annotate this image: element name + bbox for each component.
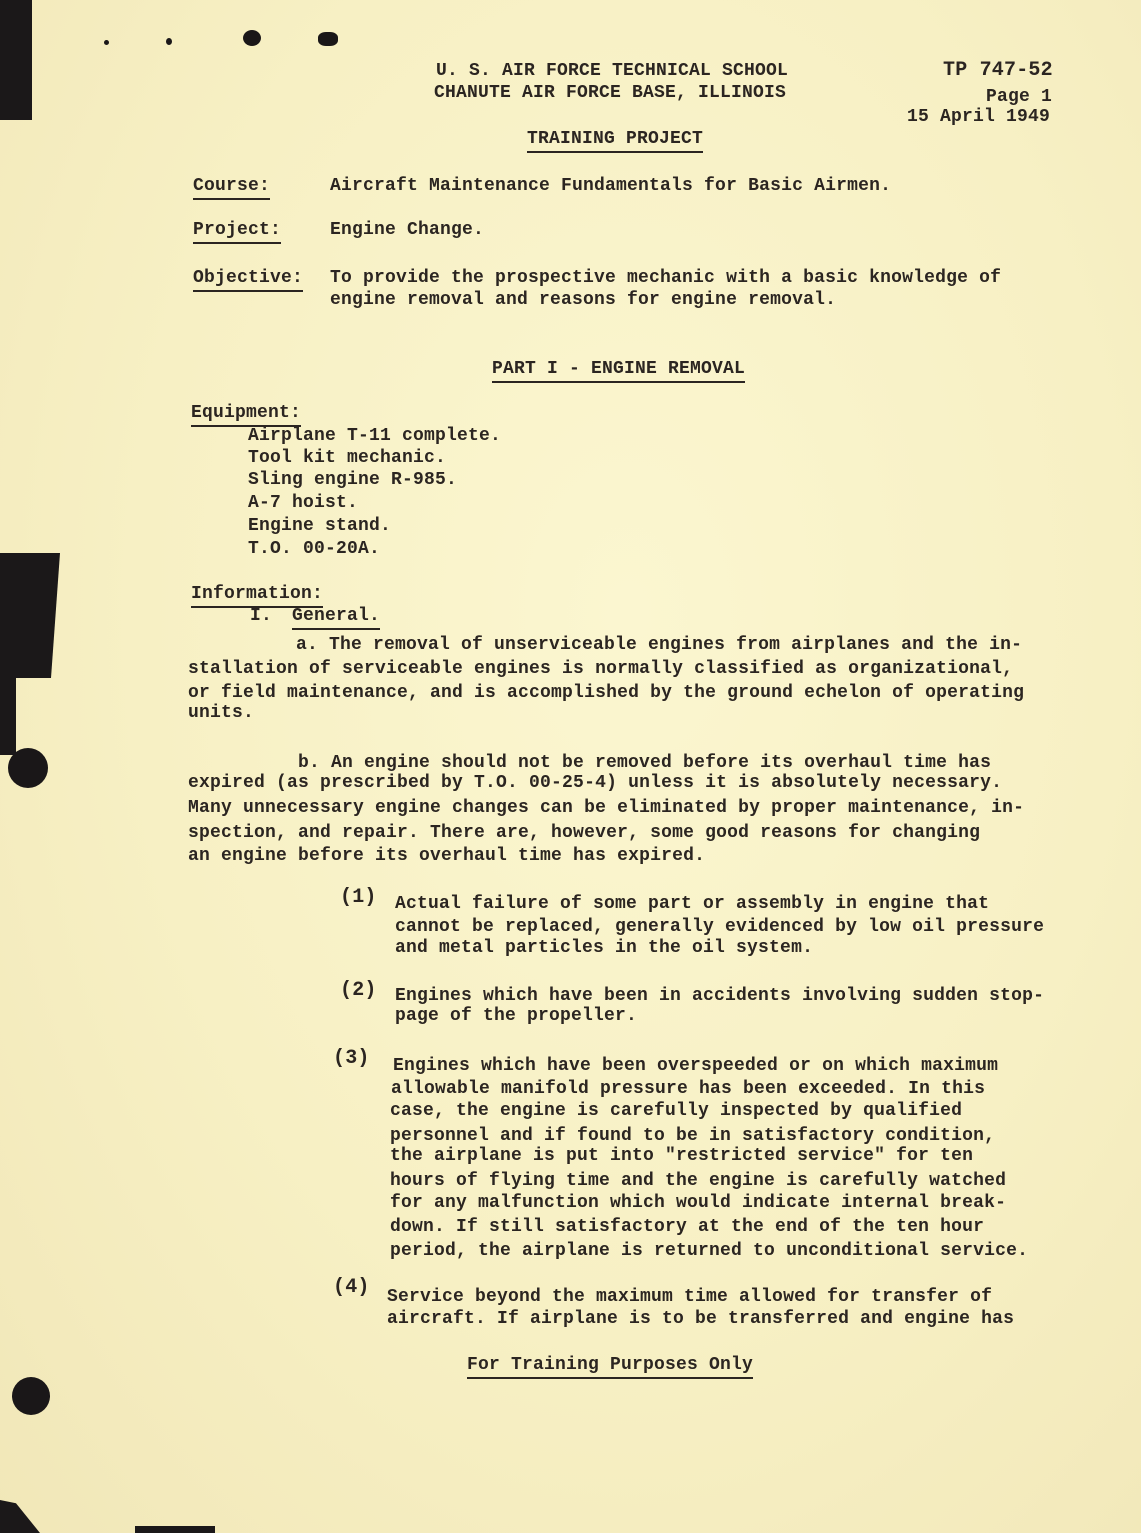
objective-label: Objective: bbox=[193, 267, 303, 292]
document-date: 15 April 1949 bbox=[907, 106, 1050, 128]
objective-line-1: To provide the prospective mechanic with… bbox=[330, 267, 1001, 289]
course-value: Aircraft Maintenance Fundamentals for Ba… bbox=[330, 175, 891, 197]
reason-line: aircraft. If airplane is to be transferr… bbox=[387, 1308, 1014, 1330]
part-title: PART I - ENGINE REMOVAL bbox=[492, 358, 745, 383]
doc-number: TP 747-52 bbox=[943, 60, 1053, 82]
reason-number: (1) bbox=[340, 887, 377, 909]
reason-line: down. If still satisfactory at the end o… bbox=[390, 1216, 984, 1238]
reason-line: case, the engine is carefully inspected … bbox=[390, 1100, 962, 1122]
section-title: General. bbox=[292, 605, 380, 630]
reason-line: the airplane is put into "restricted ser… bbox=[390, 1145, 973, 1167]
reason-line: hours of flying time and the engine is c… bbox=[390, 1170, 1006, 1192]
equipment-label: Equipment: bbox=[191, 402, 301, 427]
reason-line: Engines which have been in accidents inv… bbox=[395, 985, 1044, 1007]
reason-number: (2) bbox=[340, 980, 377, 1002]
footer-notice: For Training Purposes Only bbox=[467, 1354, 753, 1379]
para-b-line: Many unnecessary engine changes can be e… bbox=[188, 797, 1024, 819]
reason-line: and metal particles in the oil system. bbox=[395, 937, 813, 959]
reason-line: cannot be replaced, generally evidenced … bbox=[395, 916, 1044, 938]
punched-hole-small-1 bbox=[104, 40, 109, 45]
equipment-item: Tool kit mechanic. bbox=[248, 447, 446, 469]
punched-hole-4 bbox=[318, 32, 338, 46]
reason-line: page of the propeller. bbox=[395, 1005, 637, 1027]
para-b-line: an engine before its overhaul time has e… bbox=[188, 845, 705, 867]
page-number: Page 1 bbox=[986, 86, 1052, 108]
para-a-line: a. The removal of unserviceable engines … bbox=[296, 634, 1022, 656]
org-line-2: CHANUTE AIR FORCE BASE, ILLINOIS bbox=[434, 82, 786, 104]
para-a-line: stallation of serviceable engines is nor… bbox=[188, 658, 1013, 680]
reason-line: Service beyond the maximum time allowed … bbox=[387, 1286, 992, 1308]
para-b-line: spection, and repair. There are, however… bbox=[188, 822, 980, 844]
punched-hole-mid-left bbox=[8, 748, 48, 788]
para-b-line: expired (as prescribed by T.O. 00-25-4) … bbox=[188, 772, 1002, 794]
equipment-item: Sling engine R-985. bbox=[248, 469, 457, 491]
punched-hole-3 bbox=[243, 30, 261, 46]
torn-edge-bottom bbox=[135, 1526, 215, 1533]
document-title: TRAINING PROJECT bbox=[527, 128, 703, 153]
section-number: I. bbox=[250, 605, 272, 627]
punched-hole-bottom-left bbox=[12, 1377, 50, 1415]
project-label: Project: bbox=[193, 219, 281, 244]
reason-line: Actual failure of some part or assembly … bbox=[395, 893, 989, 915]
equipment-item: Airplane T-11 complete. bbox=[248, 425, 501, 447]
equipment-item: Engine stand. bbox=[248, 515, 391, 537]
objective-line-2: engine removal and reasons for engine re… bbox=[330, 289, 836, 311]
reason-line: period, the airplane is returned to unco… bbox=[390, 1240, 1028, 1262]
equipment-item: A-7 hoist. bbox=[248, 492, 358, 514]
para-a-line: or field maintenance, and is accomplishe… bbox=[188, 682, 1024, 704]
reason-line: Engines which have been overspeeded or o… bbox=[393, 1055, 998, 1077]
reason-line: allowable manifold pressure has been exc… bbox=[391, 1078, 985, 1100]
reason-number: (3) bbox=[333, 1048, 370, 1070]
reason-number: (4) bbox=[333, 1277, 370, 1299]
project-value: Engine Change. bbox=[330, 219, 484, 241]
torn-edge-top-left bbox=[0, 0, 32, 120]
torn-edge-left bbox=[0, 553, 60, 678]
para-a-line: units. bbox=[188, 702, 254, 724]
reason-line: personnel and if found to be in satisfac… bbox=[390, 1125, 995, 1147]
torn-edge-left-lower bbox=[0, 675, 16, 755]
punched-hole-small-2 bbox=[166, 38, 172, 45]
equipment-item: T.O. 00-20A. bbox=[248, 538, 380, 560]
course-label: Course: bbox=[193, 175, 270, 200]
org-line-1: U. S. AIR FORCE TECHNICAL SCHOOL bbox=[436, 60, 788, 82]
reason-line: for any malfunction which would indicate… bbox=[390, 1192, 1006, 1214]
para-b-line: b. An engine should not be removed befor… bbox=[298, 752, 991, 774]
